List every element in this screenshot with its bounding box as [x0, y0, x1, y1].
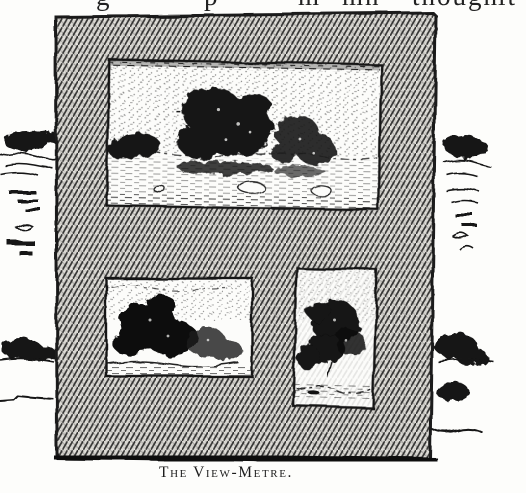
aperture-bottom-right-view [293, 268, 377, 408]
frame-bottom-shadow-edge [54, 456, 437, 461]
view-metre-illustration [0, 0, 526, 493]
engraving-page: g p m mn though it The View-Metre. [0, 0, 526, 493]
aperture-bottom-left-view [106, 278, 252, 378]
figure-caption: The View-Metre. [108, 464, 344, 482]
aperture-top-view [107, 60, 382, 211]
